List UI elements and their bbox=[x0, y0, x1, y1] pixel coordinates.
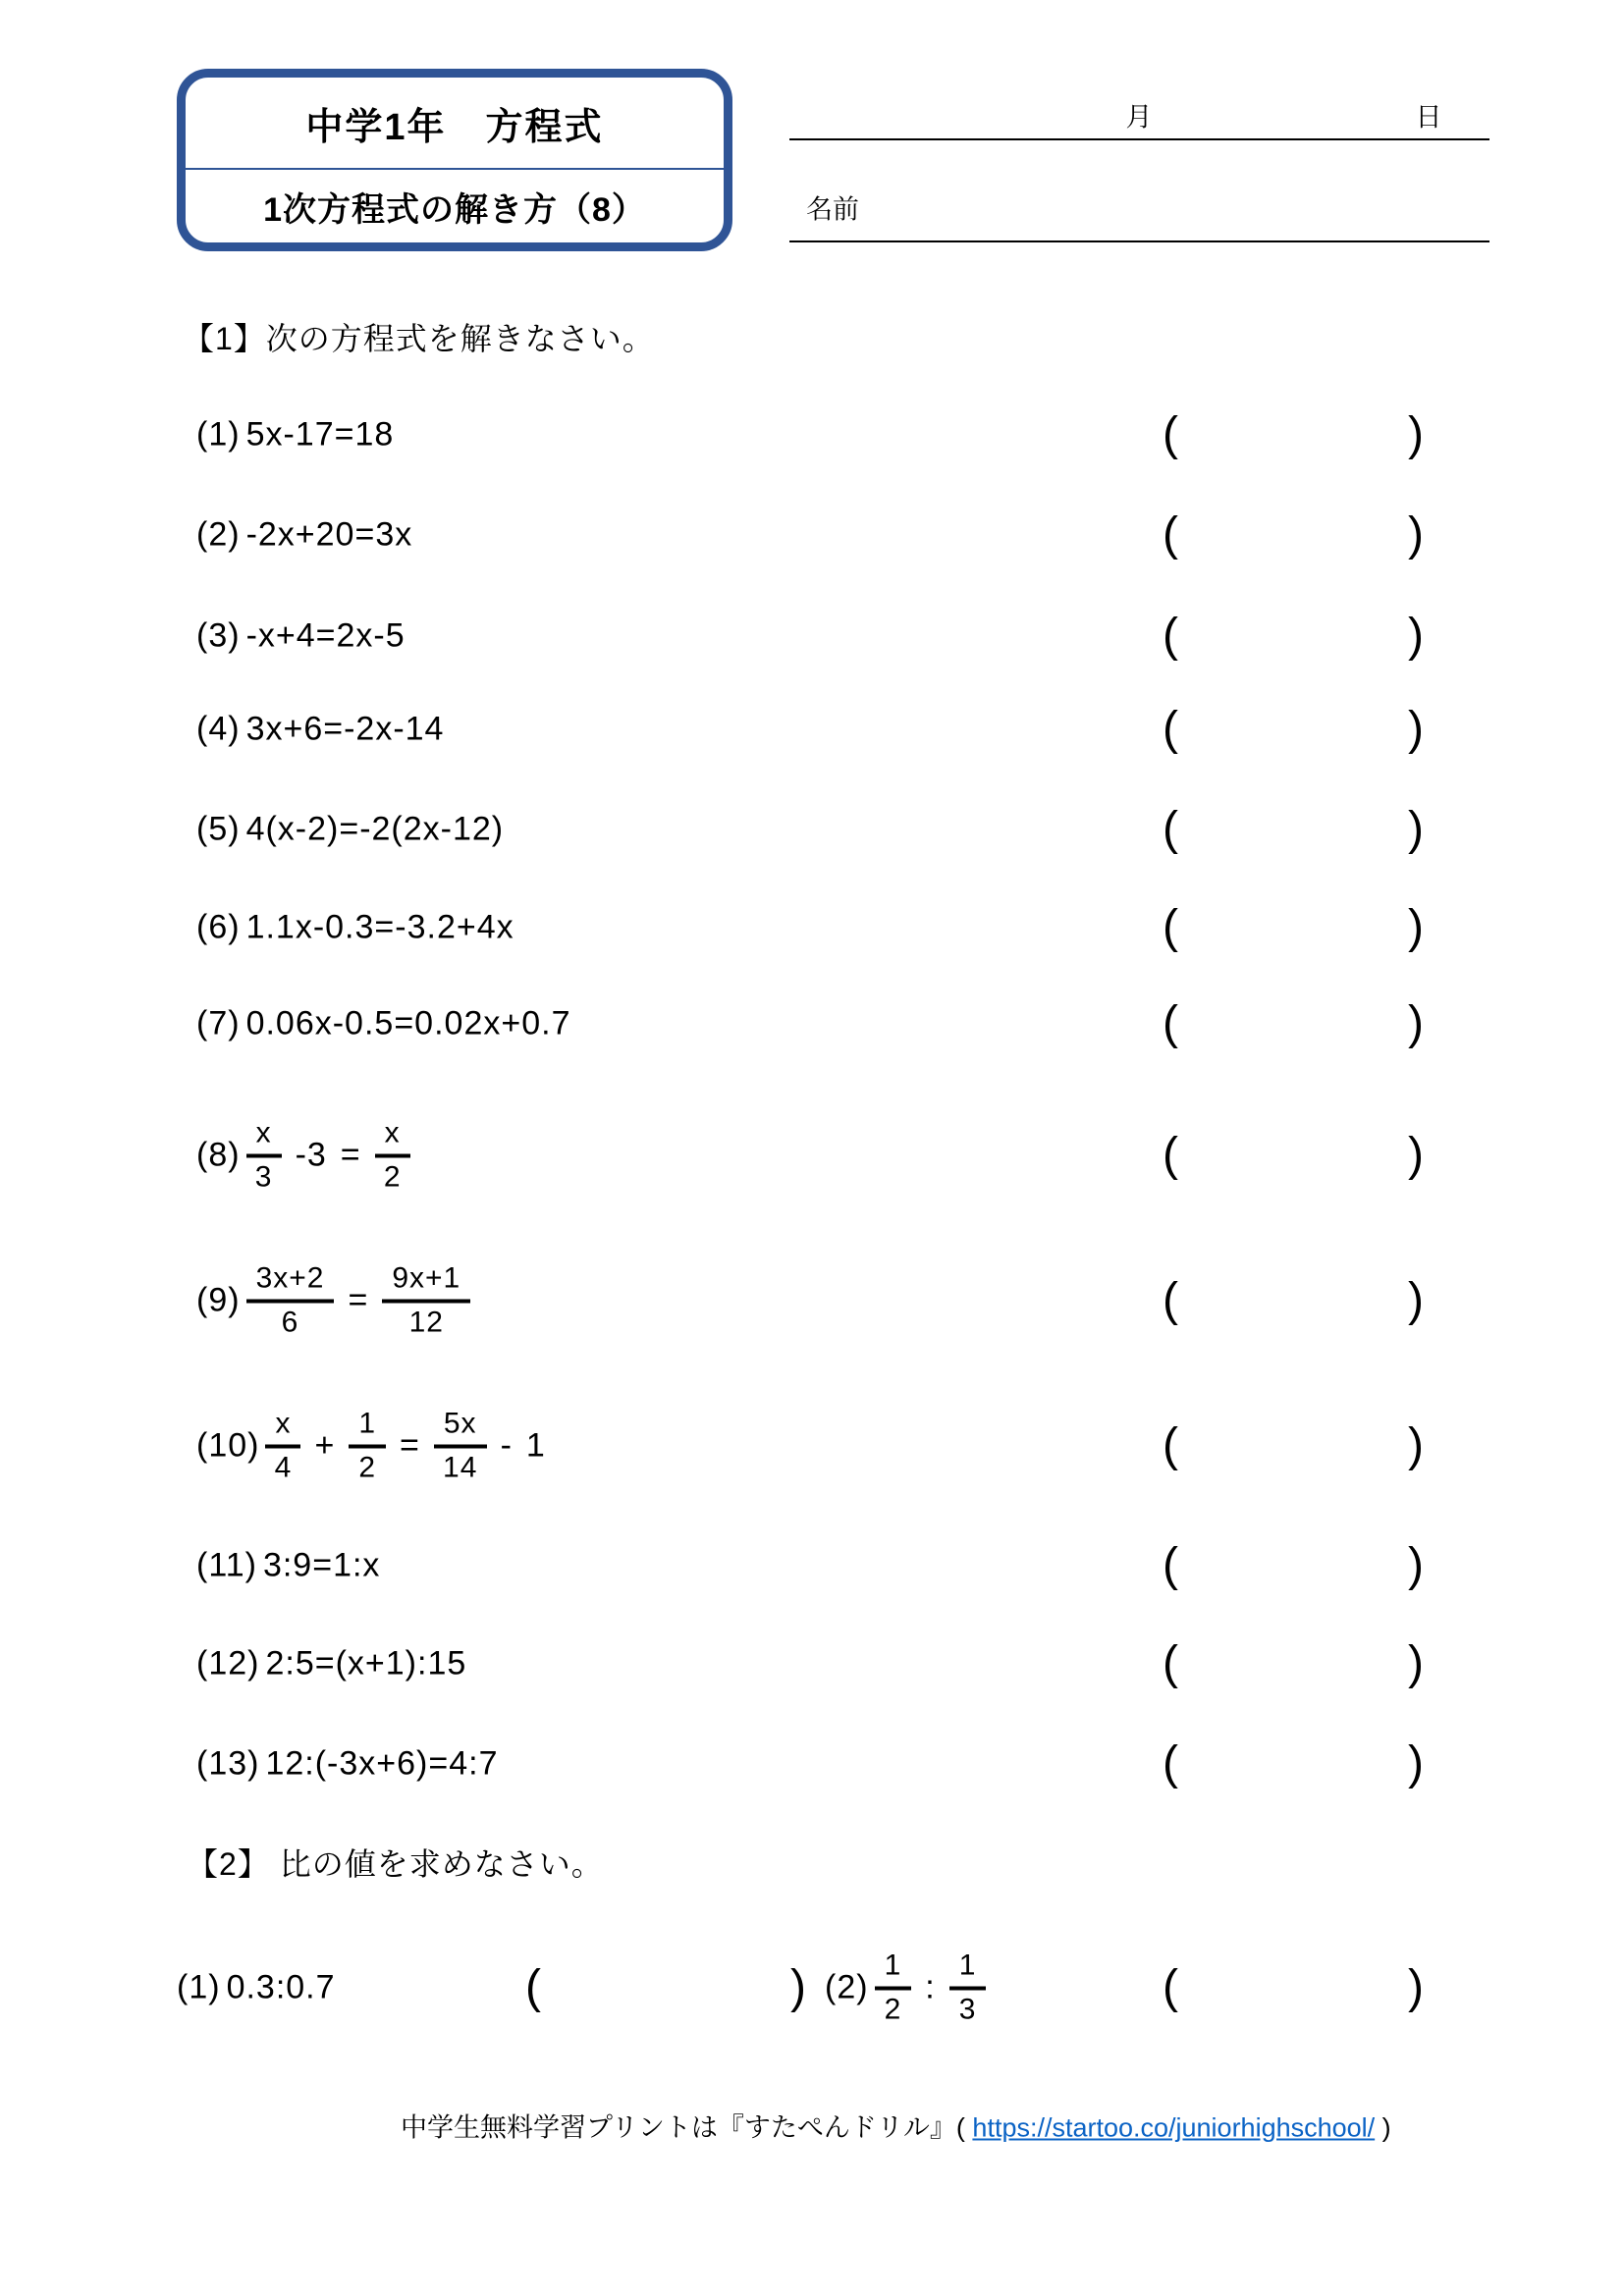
section-2-heading: 【2】 比の値を求めなさい。 bbox=[187, 1840, 604, 1885]
answer-open-paren: ( bbox=[1163, 1277, 1178, 1324]
footer-text-suffix: ) bbox=[1375, 2113, 1391, 2143]
answer-close-paren: ) bbox=[1408, 806, 1424, 853]
title-box: 中学1年 方程式 1次方程式の解き方（8） bbox=[177, 69, 732, 251]
problem-label: (6) bbox=[196, 909, 241, 945]
problem-label: (2) bbox=[825, 1969, 869, 2005]
problem-label: (2) bbox=[196, 516, 241, 553]
fraction-denominator: 3 bbox=[255, 1157, 273, 1195]
month-label: 月 bbox=[1126, 96, 1153, 134]
answer-close-paren: ) bbox=[1408, 411, 1424, 458]
answer-close-paren: ) bbox=[1408, 706, 1424, 753]
problem-row: (2)12:13 bbox=[825, 1949, 986, 2027]
answer-close-paren: ) bbox=[1408, 613, 1424, 660]
answer-open-paren: ( bbox=[1163, 1542, 1178, 1589]
equation-text: -x+4=2x-5 bbox=[246, 617, 406, 654]
problem-label: (4) bbox=[196, 711, 241, 747]
problem-row: (7)0.06x-0.5=0.02x+0.7 bbox=[196, 1005, 570, 1041]
fraction: 12 bbox=[349, 1408, 386, 1485]
answer-open-paren: ( bbox=[1163, 806, 1178, 853]
fraction-numerator: 1 bbox=[349, 1408, 386, 1449]
equation-text: = bbox=[348, 1282, 368, 1318]
problem-row: (5)4(x-2)=-2(2x-12) bbox=[196, 811, 504, 847]
fraction-numerator: x bbox=[375, 1117, 410, 1158]
answer-close-paren: ) bbox=[1408, 1277, 1424, 1324]
problem-label: (11) bbox=[196, 1547, 257, 1583]
fraction-denominator: 14 bbox=[443, 1448, 477, 1485]
equation-text: 1 bbox=[526, 1427, 546, 1464]
answer-close-paren: ) bbox=[1408, 1542, 1424, 1589]
footer-text-prefix: 中学生無料学習プリントは『すたぺんドリル』( bbox=[401, 2113, 972, 2143]
fraction: x2 bbox=[375, 1117, 410, 1195]
answer-open-paren: ( bbox=[1163, 511, 1178, 559]
answer-close-paren: ) bbox=[1408, 1000, 1424, 1047]
answer-open-paren: ( bbox=[1163, 613, 1178, 660]
fraction-numerator: 1 bbox=[875, 1949, 912, 1991]
answer-close-paren: ) bbox=[1408, 904, 1424, 951]
problem-row: (12)2:5=(x+1):15 bbox=[196, 1645, 466, 1682]
fraction: 12 bbox=[875, 1949, 912, 2027]
fraction-numerator: 5x bbox=[434, 1408, 487, 1449]
name-line bbox=[789, 240, 1489, 242]
fraction-numerator: x bbox=[246, 1117, 282, 1158]
answer-open-paren: ( bbox=[1163, 1740, 1178, 1788]
equation-text: 12:(-3x+6)=4:7 bbox=[265, 1745, 498, 1782]
problem-row: (6)1.1x-0.3=-3.2+4x bbox=[196, 909, 514, 945]
fraction-denominator: 2 bbox=[384, 1157, 402, 1195]
answer-open-paren: ( bbox=[1163, 411, 1178, 458]
problem-label: (3) bbox=[196, 617, 241, 654]
answer-close-paren: ) bbox=[1408, 1740, 1424, 1788]
problem-label: (13) bbox=[196, 1745, 259, 1782]
fraction-denominator: 3 bbox=[959, 1990, 977, 2027]
equation-text: -3 bbox=[296, 1137, 327, 1173]
equation-text: 0.06x-0.5=0.02x+0.7 bbox=[246, 1005, 571, 1041]
fraction-denominator: 4 bbox=[275, 1448, 293, 1485]
equation-text: 0.3:0.7 bbox=[227, 1969, 336, 2005]
answer-close-paren: ) bbox=[1408, 1964, 1424, 2011]
fraction: x4 bbox=[265, 1408, 300, 1485]
fraction: 3x+26 bbox=[246, 1262, 335, 1340]
section-1-heading: 【1】次の方程式を解きなさい。 bbox=[183, 314, 655, 359]
answer-close-paren: ) bbox=[1408, 1422, 1424, 1469]
problem-row: (2)-2x+20=3x bbox=[196, 516, 412, 553]
answer-open-paren: ( bbox=[1163, 1000, 1178, 1047]
answer-open-paren: ( bbox=[1163, 1422, 1178, 1469]
fraction-numerator: 9x+1 bbox=[382, 1262, 470, 1304]
fraction-denominator: 12 bbox=[409, 1303, 444, 1340]
equation-text: 2:5=(x+1):15 bbox=[265, 1645, 466, 1682]
problem-label: (7) bbox=[196, 1005, 241, 1041]
problem-label: (1) bbox=[196, 416, 241, 453]
answer-open-paren: ( bbox=[1163, 904, 1178, 951]
fraction: 9x+112 bbox=[382, 1262, 470, 1340]
name-label: 名前 bbox=[806, 188, 859, 227]
fraction: x3 bbox=[246, 1117, 282, 1195]
equation-text: + bbox=[314, 1427, 335, 1464]
problem-row: (10)x4+12=5x14-1 bbox=[196, 1408, 546, 1485]
answer-open-paren: ( bbox=[1163, 706, 1178, 753]
date-line bbox=[789, 138, 1489, 140]
answer-close-paren: ) bbox=[1408, 1132, 1424, 1179]
problem-label: (9) bbox=[196, 1282, 241, 1318]
answer-open-paren: ( bbox=[1163, 1640, 1178, 1687]
answer-open-paren: ( bbox=[1163, 1132, 1178, 1179]
problem-label: (10) bbox=[196, 1427, 259, 1464]
problem-row: (4)3x+6=-2x-14 bbox=[196, 711, 444, 747]
answer-open-paren: ( bbox=[1163, 1964, 1178, 2011]
problem-label: (5) bbox=[196, 811, 241, 847]
equation-text: 1.1x-0.3=-3.2+4x bbox=[246, 909, 514, 945]
equation-text: 3x+6=-2x-14 bbox=[246, 711, 445, 747]
fraction-denominator: 6 bbox=[282, 1303, 299, 1340]
answer-open-paren: ( bbox=[525, 1964, 541, 2011]
answer-close-paren: ) bbox=[790, 1964, 806, 2011]
problem-row: (1)5x-17=18 bbox=[196, 416, 394, 453]
equation-text: 4(x-2)=-2(2x-12) bbox=[246, 811, 505, 847]
problem-row: (3)-x+4=2x-5 bbox=[196, 617, 406, 654]
sheet-title: 1次方程式の解き方（8） bbox=[186, 170, 724, 242]
equation-text: : bbox=[925, 1969, 935, 2005]
equation-text: 5x-17=18 bbox=[246, 416, 395, 453]
answer-close-paren: ) bbox=[1408, 1640, 1424, 1687]
answer-close-paren: ) bbox=[1408, 511, 1424, 559]
problem-label: (12) bbox=[196, 1645, 259, 1682]
footer: 中学生無料学習プリントは『すたぺんドリル』( https://startoo.c… bbox=[401, 2107, 1391, 2145]
fraction: 5x14 bbox=[434, 1408, 487, 1485]
fraction-numerator: x bbox=[265, 1408, 300, 1449]
problem-row: (8)x3-3=x2 bbox=[196, 1117, 410, 1195]
day-label: 日 bbox=[1416, 96, 1442, 134]
fraction-denominator: 2 bbox=[885, 1990, 902, 2027]
fraction-numerator: 1 bbox=[949, 1949, 987, 1991]
equation-text: = bbox=[341, 1137, 361, 1173]
equation-text: 3:9=1:x bbox=[263, 1547, 380, 1583]
problem-row: (11)3:9=1:x bbox=[196, 1547, 380, 1583]
problem-label: (8) bbox=[196, 1137, 241, 1173]
course-title: 中学1年 方程式 bbox=[186, 78, 724, 168]
worksheet-page: 中学1年 方程式 1次方程式の解き方（8） 月 日 名前 【1】次の方程式を解き… bbox=[0, 0, 1624, 2296]
fraction-numerator: 3x+2 bbox=[246, 1262, 335, 1304]
equation-text: = bbox=[400, 1427, 420, 1464]
equation-text: -2x+20=3x bbox=[246, 516, 413, 553]
problem-row: (9)3x+26=9x+112 bbox=[196, 1262, 470, 1340]
problem-label: (1) bbox=[177, 1969, 221, 2005]
footer-link[interactable]: https://startoo.co/juniorhighschool/ bbox=[972, 2113, 1375, 2143]
problem-row: (13)12:(-3x+6)=4:7 bbox=[196, 1745, 499, 1782]
equation-text: - bbox=[501, 1427, 513, 1464]
fraction: 13 bbox=[949, 1949, 987, 2027]
fraction-denominator: 2 bbox=[358, 1448, 376, 1485]
problem-row: (1)0.3:0.7 bbox=[177, 1969, 336, 2005]
